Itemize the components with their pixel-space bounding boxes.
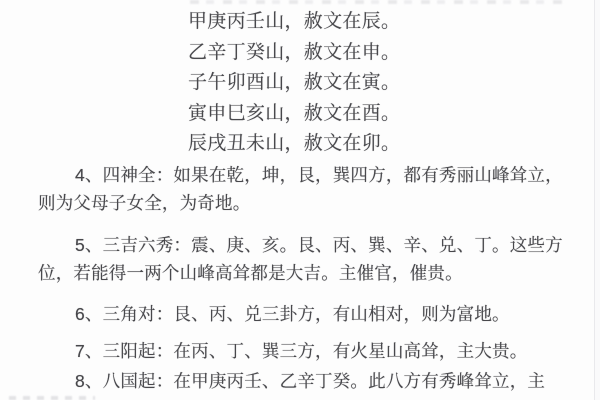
text-line: 4、四神全：如果在乾，坤，艮，巽四方，都有秀丽山峰耸立， [38,161,560,189]
paragraph-three-luck-six-elegance: 5、三吉六秀：震、庚、亥。艮、丙、巽、辛、兑、丁。这些方 位，若能得一两个山峰高… [38,231,560,287]
mountain-pardon-line-group: 甲庚丙壬山，赦文在辰。 乙辛丁癸山，赦文在申。 子午卯酉山，赦文在寅。 寅申巳亥… [188,7,400,160]
text-line: 乙辛丁癸山，赦文在申。 [188,38,400,69]
paragraph-four-gods: 4、四神全：如果在乾，坤，艮，巽四方，都有秀丽山峰耸立， 则为父母子女全，为奇地… [38,161,560,217]
text-line: 7、三阳起：在丙、丁、巽三方，有火星山高耸，主大贵。 [38,337,560,365]
paragraph-eight-nations-rise: 8、八国起：在甲庚丙壬、乙辛丁癸。此八方有秀峰耸立，主 [38,367,560,395]
text-line: 则为父母子女全，为奇地。 [38,189,560,217]
text-line: 5、三吉六秀：震、庚、亥。艮、丙、巽、辛、兑、丁。这些方 [38,231,560,259]
text-line: 8、八国起：在甲庚丙壬、乙辛丁癸。此八方有秀峰耸立，主 [38,367,560,395]
cropped-previous-line [190,0,562,4]
text-line: 辰戌丑未山，赦文在卯。 [188,129,400,160]
text-line: 甲庚丙壬山，赦文在辰。 [188,7,400,38]
document-page: 甲庚丙壬山，赦文在辰。 乙辛丁癸山，赦文在申。 子午卯酉山，赦文在寅。 寅申巳亥… [0,0,600,400]
text-line: 6、三角对：艮、丙、兑三卦方，有山相对，则为富地。 [38,300,560,328]
text-line: 位，若能得一两个山峰高耸都是大吉。主催官，催贵。 [38,259,560,287]
paragraph-three-yang-rise: 7、三阳起：在丙、丁、巽三方，有火星山高耸，主大贵。 [38,337,560,365]
cropped-next-line [9,396,95,400]
page-right-margin-strip [595,0,600,400]
paragraph-three-corner-pair: 6、三角对：艮、丙、兑三卦方，有山相对，则为富地。 [38,300,560,328]
text-line: 寅申巳亥山，赦文在酉。 [188,99,400,130]
text-line: 子午卯酉山，赦文在寅。 [188,68,400,99]
